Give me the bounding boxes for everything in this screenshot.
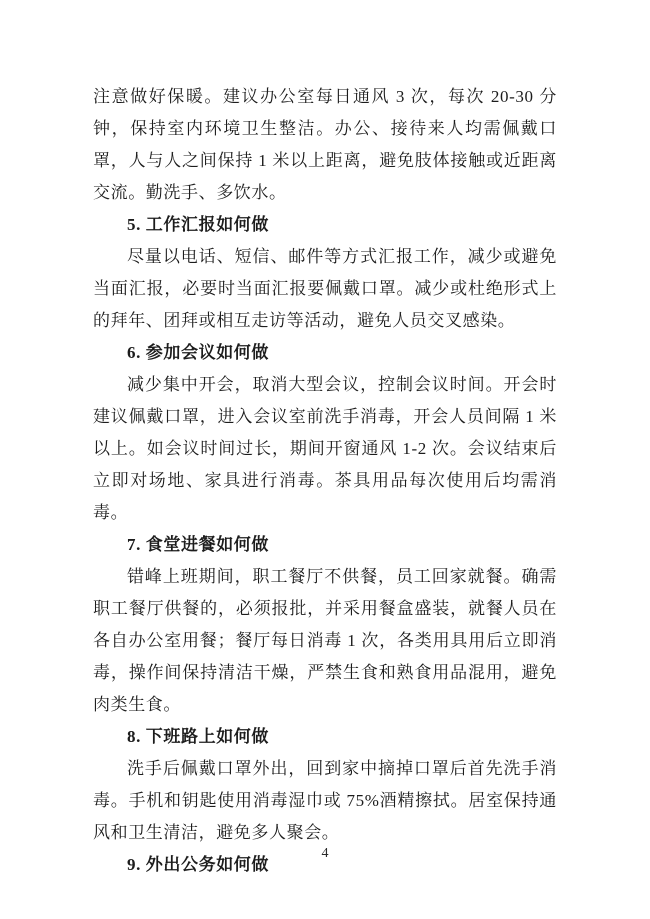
section-heading-5: 5. 工作汇报如何做 — [93, 209, 557, 241]
section-6-paragraph: 减少集中开会，取消大型会议，控制会议时间。开会时建议佩戴口罩，进入会议室前洗手消… — [93, 369, 557, 529]
section-7-paragraph: 错峰上班期间，职工餐厅不供餐，员工回家就餐。确需职工餐厅供餐的，必须报批，并采用… — [93, 561, 557, 721]
section-heading-6: 6. 参加会议如何做 — [93, 337, 557, 369]
section-5-paragraph: 尽量以电话、短信、邮件等方式汇报工作，减少或避免当面汇报，必要时当面汇报要佩戴口… — [93, 241, 557, 337]
section-heading-7: 7. 食堂进餐如何做 — [93, 529, 557, 561]
paragraph-continuation: 注意做好保暖。建议办公室每日通风 3 次，每次 20-30 分钟，保持室内环境卫… — [93, 81, 557, 209]
document-page: 注意做好保暖。建议办公室每日通风 3 次，每次 20-30 分钟，保持室内环境卫… — [0, 0, 650, 919]
section-heading-8: 8. 下班路上如何做 — [93, 721, 557, 753]
page-number: 4 — [0, 843, 650, 865]
section-8-paragraph: 洗手后佩戴口罩外出，回到家中摘掉口罩后首先洗手消毒。手机和钥匙使用消毒湿巾或 7… — [93, 753, 557, 849]
